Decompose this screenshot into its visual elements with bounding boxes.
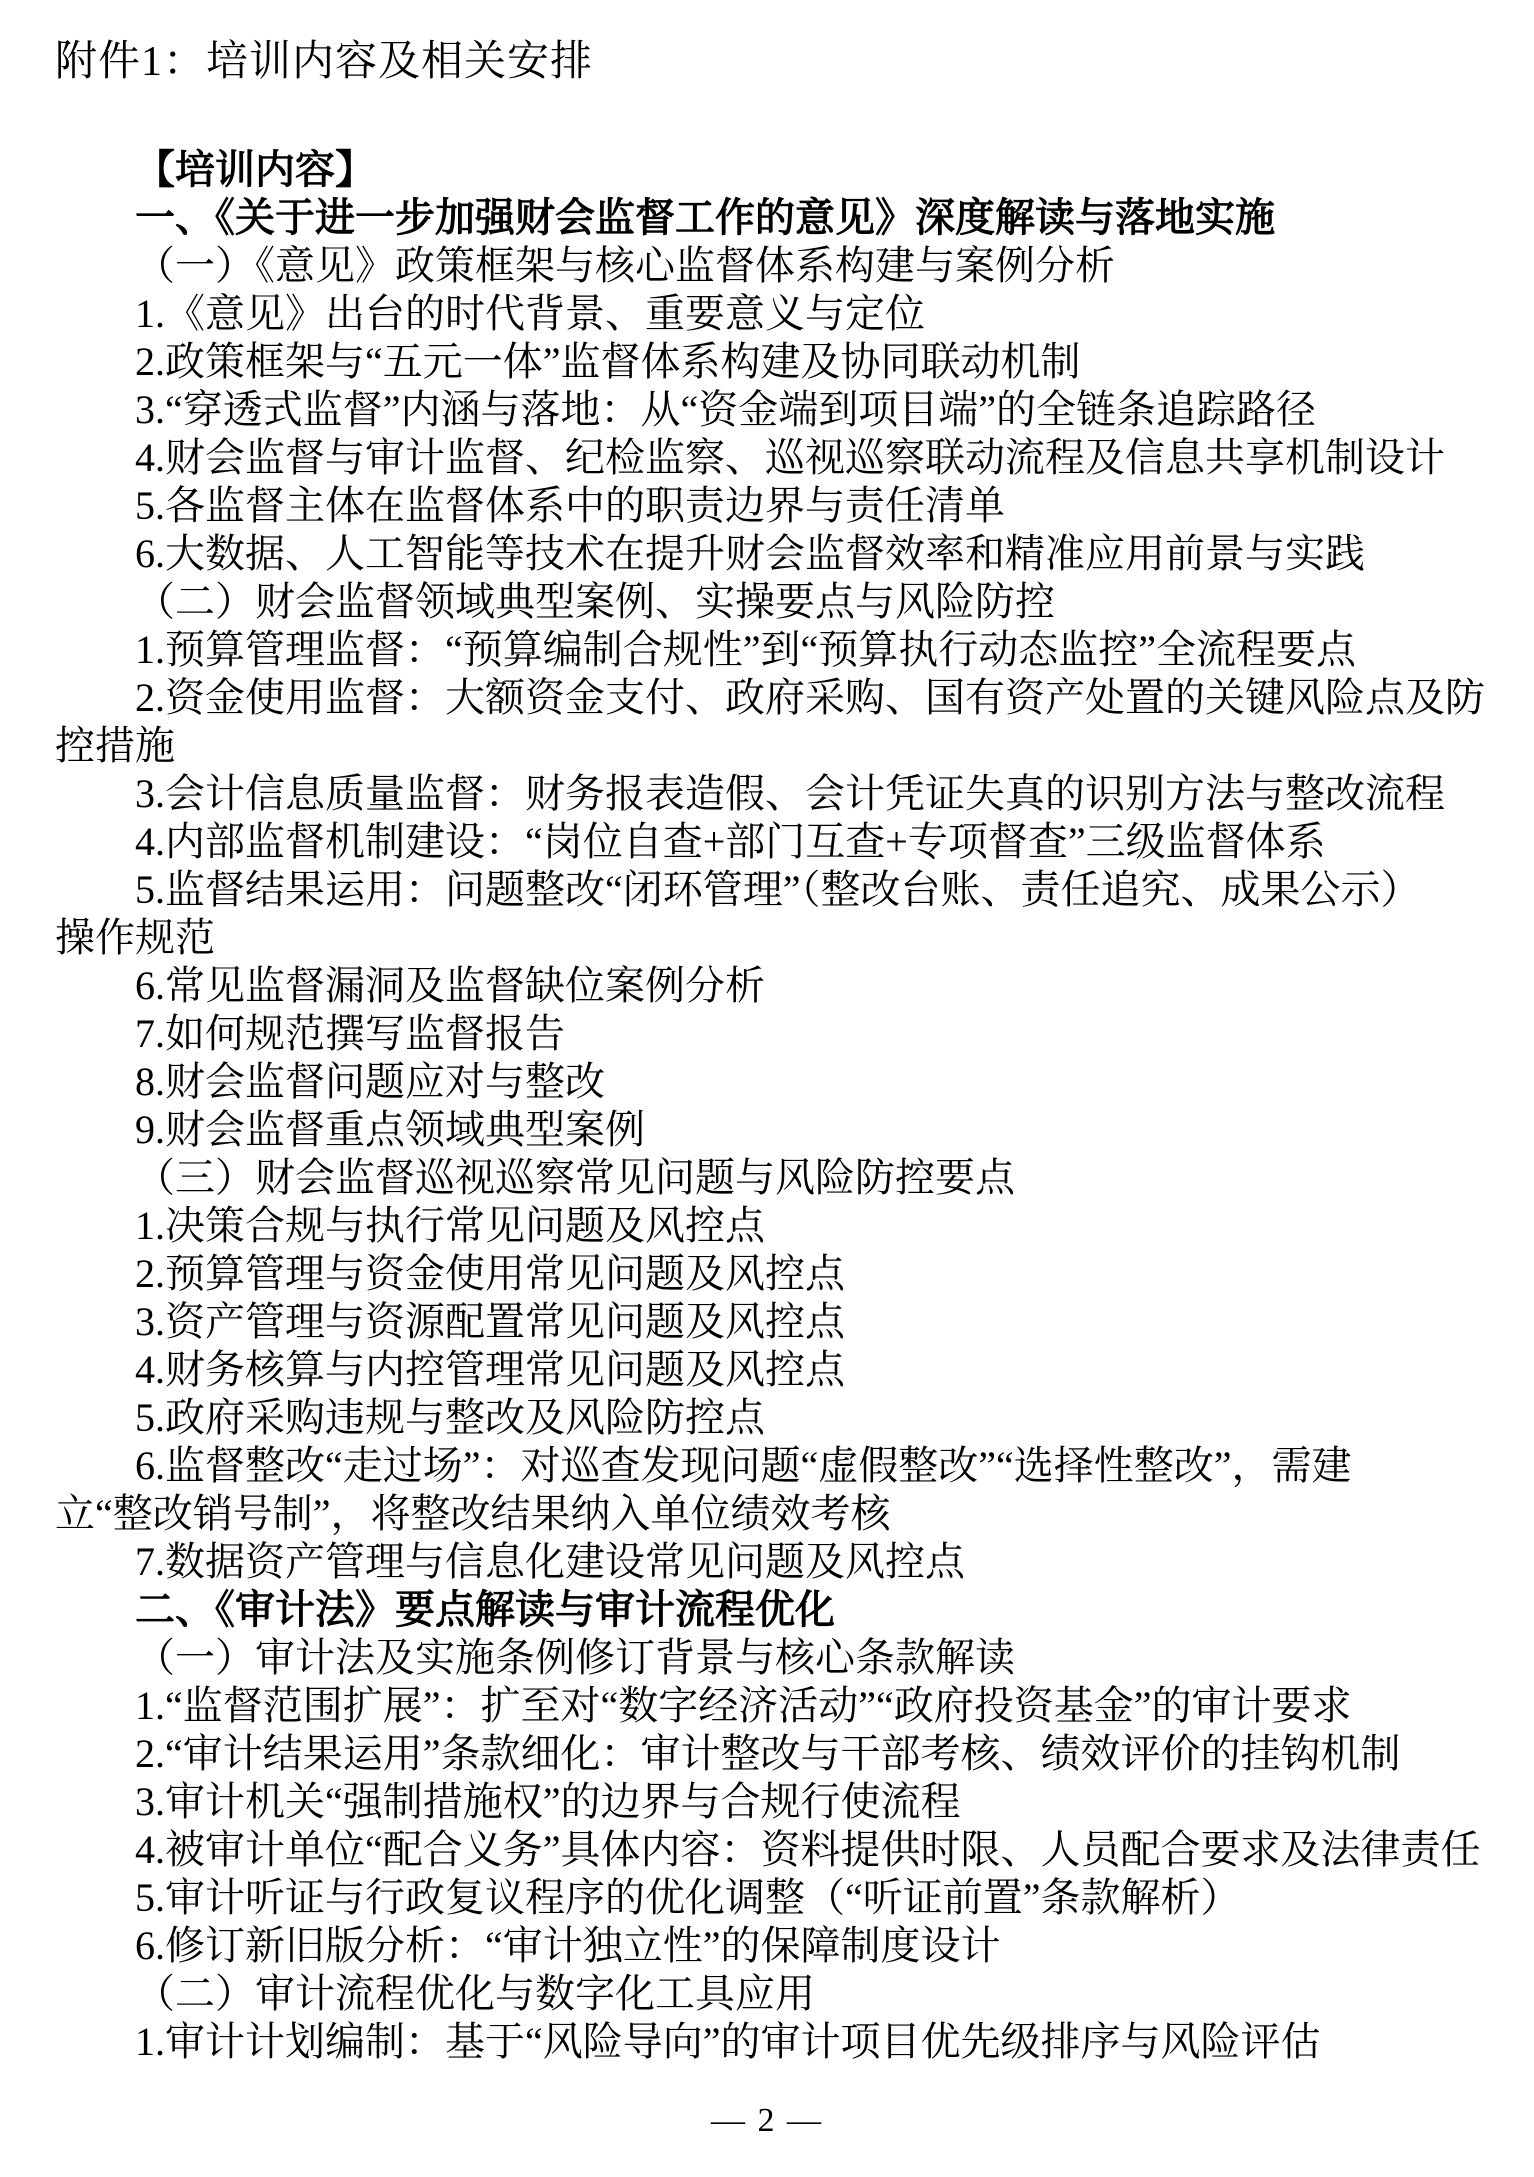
- content-line: 5.审计听证与行政复议程序的优化调整（“听证前置”条款解析）: [55, 1874, 1479, 1922]
- training-content-body: 【培训内容】一、《关于进一步加强财会监督工作的意见》深度解读与落地实施（一）《意…: [55, 146, 1479, 2066]
- content-line: 3.资产管理与资源配置常见问题及风控点: [55, 1298, 1479, 1346]
- section-heading-line: 【培训内容】: [55, 146, 1479, 194]
- content-line: 3.“穿透式监督”内涵与落地：从“资金端到项目端”的全链条追踪路径: [55, 386, 1479, 434]
- content-line: 2.预算管理与资金使用常见问题及风控点: [55, 1250, 1479, 1298]
- content-line: 6.大数据、人工智能等技术在提升财会监督效率和精准应用前景与实践: [55, 530, 1479, 578]
- content-line: 5.各监督主体在监督体系中的职责边界与责任清单: [55, 482, 1479, 530]
- content-line: 5.监督结果运用：问题整改“闭环管理”（整改台账、责任追究、成果公示）: [55, 866, 1479, 914]
- section-heading-line: 二、《审计法》要点解读与审计流程优化: [55, 1586, 1479, 1634]
- content-line: 立“整改销号制”，将整改结果纳入单位绩效考核: [55, 1490, 1479, 1538]
- content-line: 2.“审计结果运用”条款细化：审计整改与干部考核、绩效评价的挂钩机制: [55, 1730, 1479, 1778]
- content-line: 1.《意见》出台的时代背景、重要意义与定位: [55, 290, 1479, 338]
- content-line: 4.财务核算与内控管理常见问题及风控点: [55, 1346, 1479, 1394]
- content-line: 6.常见监督漏洞及监督缺位案例分析: [55, 962, 1479, 1010]
- content-line: 控措施: [55, 722, 1479, 770]
- section-heading-line: 一、《关于进一步加强财会监督工作的意见》深度解读与落地实施: [55, 194, 1479, 242]
- content-line: 1.“监督范围扩展”：扩至对“数字经济活动”“政府投资基金”的审计要求: [55, 1682, 1479, 1730]
- content-line: 1.决策合规与执行常见问题及风控点: [55, 1202, 1479, 1250]
- document-page: 附件1：培训内容及相关安排 【培训内容】一、《关于进一步加强财会监督工作的意见》…: [0, 0, 1534, 2177]
- content-line: 6.监督整改“走过场”：对巡查发现问题“虚假整改”“选择性整改”，需建: [55, 1442, 1479, 1490]
- content-line: 4.被审计单位“配合义务”具体内容：资料提供时限、人员配合要求及法律责任: [55, 1826, 1479, 1874]
- content-line: 4.财会监督与审计监督、纪检监察、巡视巡察联动流程及信息共享机制设计: [55, 434, 1479, 482]
- content-line: 操作规范: [55, 914, 1479, 962]
- content-line: 3.会计信息质量监督：财务报表造假、会计凭证失真的识别方法与整改流程: [55, 770, 1479, 818]
- content-line: （二）财会监督领域典型案例、实操要点与风险防控: [55, 578, 1479, 626]
- attachment-title: 附件1：培训内容及相关安排: [55, 36, 593, 88]
- content-line: 2.资金使用监督：大额资金支付、政府采购、国有资产处置的关键风险点及防: [55, 674, 1479, 722]
- content-line: （二）审计流程优化与数字化工具应用: [55, 1970, 1479, 2018]
- content-line: （一）审计法及实施条例修订背景与核心条款解读: [55, 1634, 1479, 1682]
- content-line: 9.财会监督重点领域典型案例: [55, 1106, 1479, 1154]
- content-line: 7.数据资产管理与信息化建设常见问题及风控点: [55, 1538, 1479, 1586]
- content-line: 3.审计机关“强制措施权”的边界与合规行使流程: [55, 1778, 1479, 1826]
- content-line: 8.财会监督问题应对与整改: [55, 1058, 1479, 1106]
- content-line: 7.如何规范撰写监督报告: [55, 1010, 1479, 1058]
- content-line: 4.内部监督机制建设：“岗位自查+部门互查+专项督查”三级监督体系: [55, 818, 1479, 866]
- content-line: （一）《意见》政策框架与核心监督体系构建与案例分析: [55, 242, 1479, 290]
- content-line: 1.预算管理监督：“预算编制合规性”到“预算执行动态监控”全流程要点: [55, 626, 1479, 674]
- page-number: — 2 —: [0, 2100, 1534, 2142]
- content-line: 5.政府采购违规与整改及风险防控点: [55, 1394, 1479, 1442]
- content-line: 2.政策框架与“五元一体”监督体系构建及协同联动机制: [55, 338, 1479, 386]
- content-line: 6.修订新旧版分析：“审计独立性”的保障制度设计: [55, 1922, 1479, 1970]
- content-line: 1.审计计划编制：基于“风险导向”的审计项目优先级排序与风险评估: [55, 2018, 1479, 2066]
- content-line: （三）财会监督巡视巡察常见问题与风险防控要点: [55, 1154, 1479, 1202]
